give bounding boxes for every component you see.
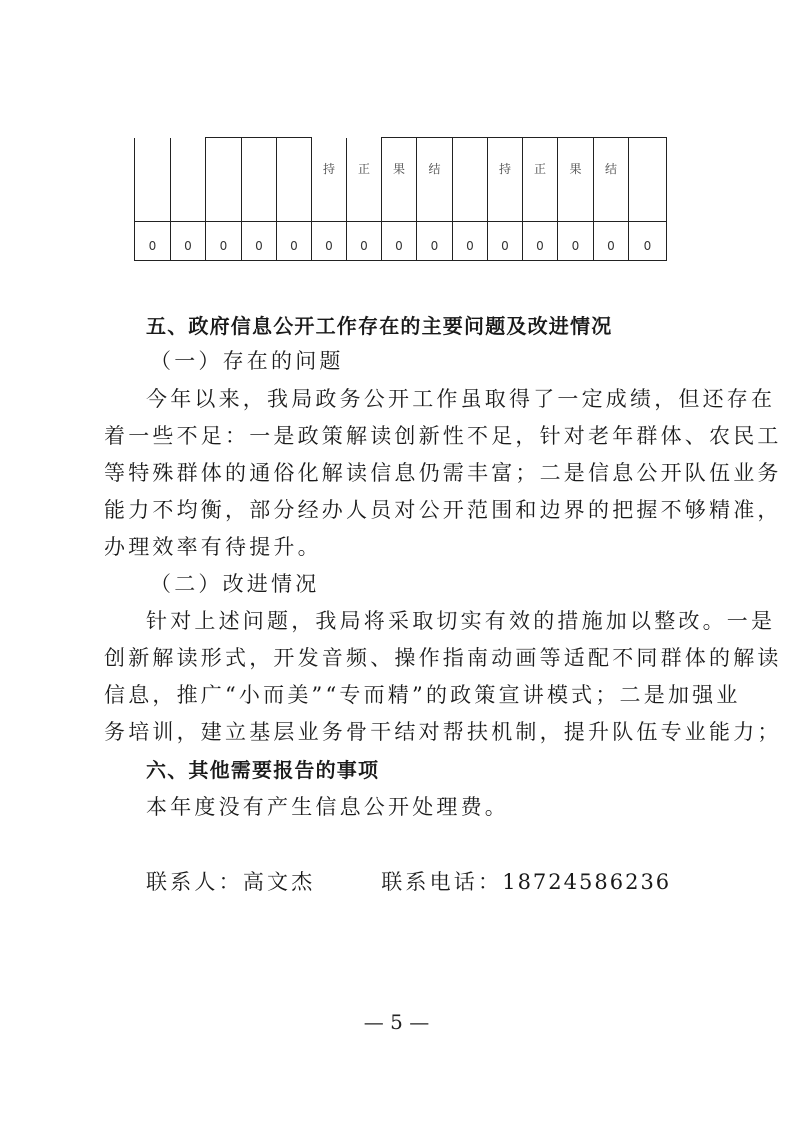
table-cell: 0 xyxy=(453,222,488,261)
paragraph-line: 能力不均衡，部分经办人员对公开范围和边界的把握不够精准， xyxy=(104,494,782,524)
table-cell: 0 xyxy=(558,222,594,261)
section-6-body: 本年度没有产生信息公开处理费。 xyxy=(146,791,509,821)
table-cell xyxy=(206,138,242,222)
table-cell xyxy=(242,138,277,222)
table-cell: 0 xyxy=(277,222,312,261)
table-cell: 0 xyxy=(135,222,171,261)
paragraph-line: 等特殊群体的通俗化解读信息仍需丰富；二是信息公开队伍业务 xyxy=(104,457,782,487)
table-cell: 结 xyxy=(417,138,453,222)
table-cell xyxy=(171,138,206,222)
table-cell: 果 xyxy=(558,138,594,222)
paragraph-line: 办理效率有待提升。 xyxy=(104,531,322,561)
table-cell: 持 xyxy=(488,138,523,222)
paragraph-line: 信息，推广“小而美”“专而精”的政策宣讲模式；二是加强业 xyxy=(104,679,741,709)
paragraph-line: 着一些不足：一是政策解读创新性不足，针对老年群体、农民工 xyxy=(104,420,782,450)
contact-line: 联系人：高文杰 联系电话：18724586236 xyxy=(146,866,671,896)
table-cell: 0 xyxy=(206,222,242,261)
table-cell: 0 xyxy=(171,222,206,261)
subsection-1-heading: （一）存在的问题 xyxy=(150,345,344,375)
table-cell xyxy=(453,138,488,222)
table-cell: 0 xyxy=(382,222,417,261)
subsection-2-heading: （二）改进情况 xyxy=(150,568,319,598)
table-cell: 0 xyxy=(417,222,453,261)
table-cell: 结 xyxy=(594,138,629,222)
table-cell: 0 xyxy=(242,222,277,261)
page-number: — 5 — xyxy=(0,1010,793,1034)
contact-person-label: 联系人： xyxy=(146,870,243,894)
table-cell: 果 xyxy=(382,138,417,222)
table-cell: 0 xyxy=(347,222,382,261)
paragraph-line: 务培训，建立基层业务骨干结对帮扶机制，提升队伍专业能力； xyxy=(104,716,782,746)
paragraph-line: 针对上述问题，我局将采取切实有效的措施加以整改。一是 xyxy=(146,605,775,635)
table-cell: 正 xyxy=(523,138,558,222)
table-cell: 0 xyxy=(488,222,523,261)
contact-person-name: 高文杰 xyxy=(243,870,316,894)
table-cell: 0 xyxy=(523,222,558,261)
table-cell xyxy=(629,138,667,222)
table-cell xyxy=(277,138,312,222)
contact-phone: 18724586236 xyxy=(502,870,671,894)
statistics-table: 持 正 果 结 持 正 果 结 0 0 0 0 0 0 0 0 0 0 0 0 … xyxy=(134,137,667,261)
paragraph-line: 创新解读形式，开发音频、操作指南动画等适配不同群体的解读 xyxy=(104,642,782,672)
table-cell: 正 xyxy=(347,138,382,222)
section-5-heading: 五、政府信息公开工作存在的主要问题及改进情况 xyxy=(146,310,612,339)
table-cell: 0 xyxy=(312,222,347,261)
table-header-row: 持 正 果 结 持 正 果 结 xyxy=(135,138,667,222)
section-6-heading: 六、其他需要报告的事项 xyxy=(146,754,379,783)
paragraph-line: 今年以来，我局政务公开工作虽取得了一定成绩，但还存在 xyxy=(146,383,775,413)
contact-phone-label: 联系电话： xyxy=(381,870,502,894)
table-cell xyxy=(135,138,171,222)
table-cell: 持 xyxy=(312,138,347,222)
table-cell: 0 xyxy=(629,222,667,261)
table-value-row: 0 0 0 0 0 0 0 0 0 0 0 0 0 0 0 xyxy=(135,222,667,261)
table-cell: 0 xyxy=(594,222,629,261)
